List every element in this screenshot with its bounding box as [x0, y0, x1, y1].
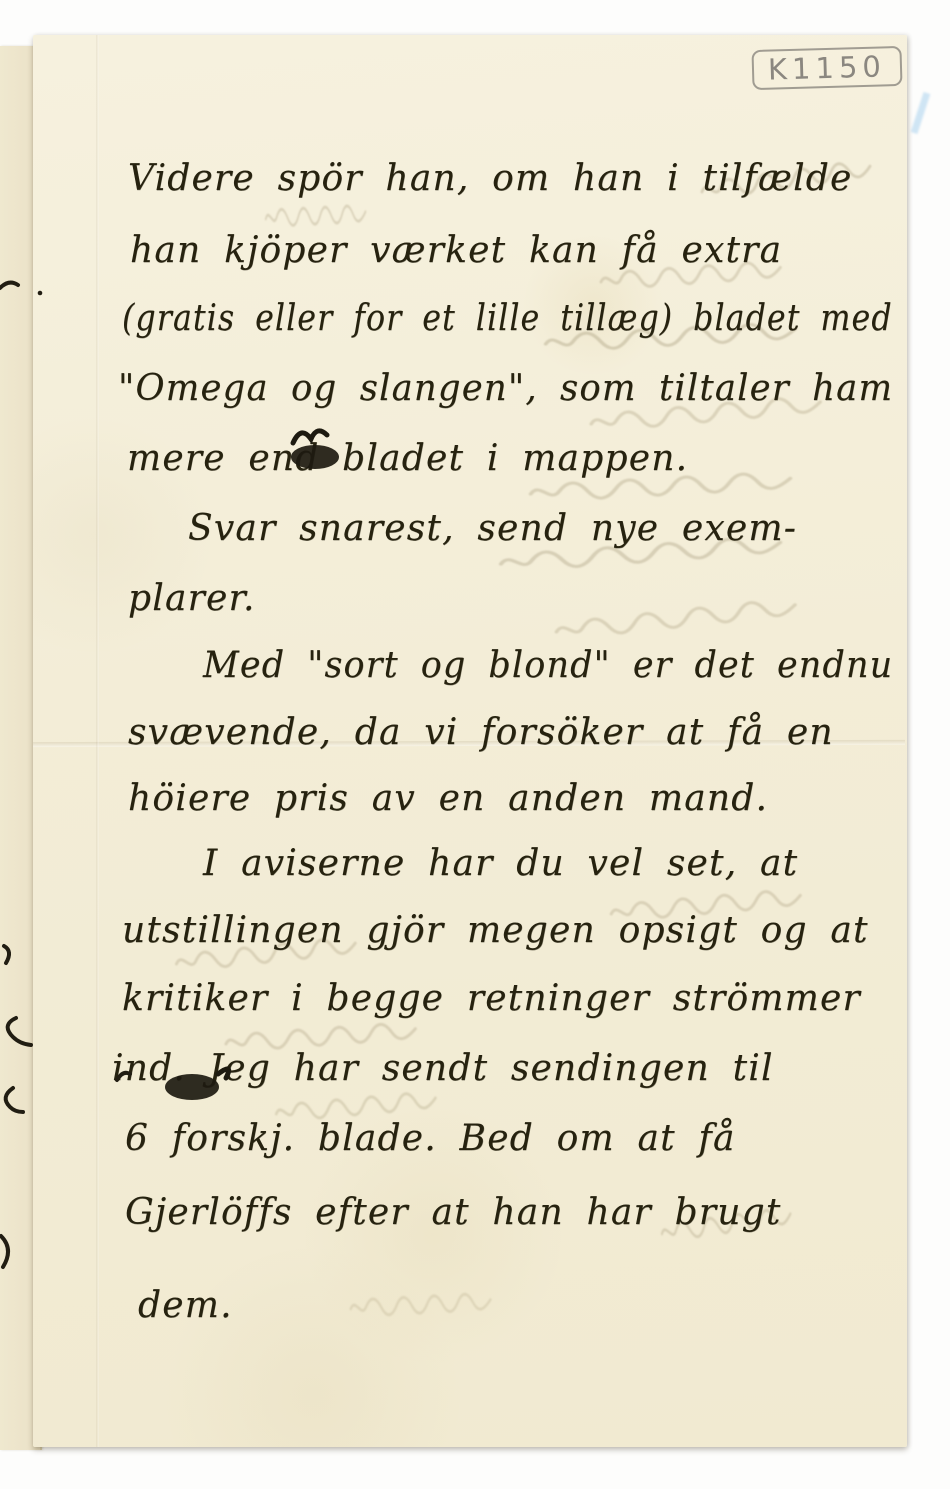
letter-line: "Omega og slangen", som tiltaler ham [118, 368, 893, 409]
letter-line: utstillingen gjör megen opsigt og at [122, 910, 869, 951]
letter-line: höiere pris av en anden mand. [128, 778, 768, 819]
letter-line: mere end bladet i mappen. [127, 438, 688, 479]
letter-line: svævende, da vi forsöker at få en [128, 712, 834, 753]
letter-line: 6 forskj. blade. Bed om at få [125, 1118, 736, 1159]
letter-line: ind. Jeg har sendt sendingen til [112, 1048, 774, 1089]
letter-line: Med "sort og blond" er det endnu [203, 645, 893, 686]
fold-crease-vertical [96, 35, 99, 1447]
letter-line: (gratis eller for et lille tillæg) blade… [122, 298, 893, 339]
letter-line: I aviserne har du vel set, at [203, 843, 798, 884]
scanned-letter-page: Videre spör han, om han i tilfældehan kj… [0, 0, 950, 1489]
letter-line: plarer. [128, 578, 256, 619]
letter-line: kritiker i begge retninger strömmer [122, 978, 861, 1019]
letter-line: han kjöper værket kan få extra [130, 230, 782, 271]
letter-line: Videre spör han, om han i tilfælde [128, 158, 853, 199]
letter-line: Gjerlöffs efter at han har brugt [125, 1192, 782, 1233]
letter-line: dem. [138, 1285, 233, 1326]
letter-line: Svar snarest, send nye exem- [188, 508, 797, 549]
blue-mark [911, 92, 931, 134]
catalog-number-pencil: K1150 [751, 46, 902, 90]
